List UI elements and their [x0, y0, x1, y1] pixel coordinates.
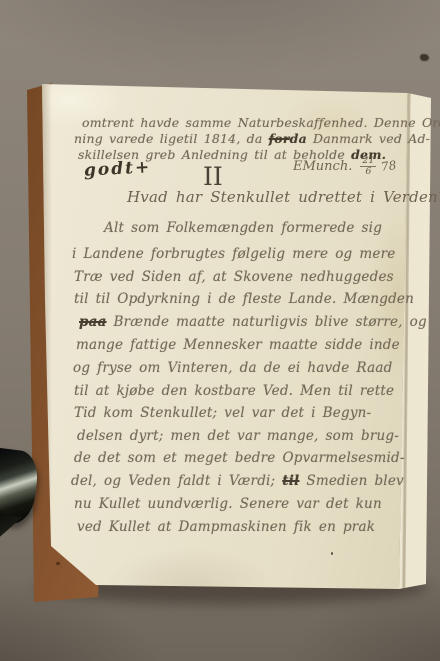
handwriting-text: Alt som Folkemængden formerede sig [104, 220, 382, 236]
handwriting-line: og fryse om Vinteren, da de ei havde Raa… [73, 360, 392, 376]
handwriting-text: Smedien blev [299, 473, 403, 489]
handwriting-text: nu Kullet uundværlig. Senere var det kun [74, 496, 382, 512]
date-year: 78 [381, 158, 398, 174]
handwriting-line: Tid kom Stenkullet; vel var det i Begyn- [74, 405, 371, 421]
grade-mark: godt+ [84, 157, 152, 180]
handwriting-line: Alt som Folkemængden formerede sig [104, 220, 382, 236]
signature-name: EMunch. [293, 159, 352, 174]
handwriting-line: Træ ved Siden af, at Skovene nedhuggedes [74, 269, 394, 285]
handwriting-text: Brænde maatte naturligvis blive større, … [107, 314, 427, 330]
crossed-out-word: for [269, 131, 290, 146]
handwriting-line: ning varede ligetil 1814, da forda Danma… [74, 131, 430, 146]
handwriting-line: nu Kullet uundværlig. Senere var det kun [74, 496, 382, 512]
handwriting-text: Træ ved Siden af, at Skovene nedhuggedes [74, 269, 394, 285]
handwriting-text: mange fattige Mennesker maatte sidde ind… [76, 337, 400, 353]
manuscript-photo: omtrent havde samme Naturbeskaffenhed. D… [0, 0, 440, 661]
handwriting-text: Tid kom Stenkullet; vel var det i Begyn- [74, 405, 371, 421]
handwriting-line: delsen dyrt; men det var mange, som brug… [77, 428, 399, 444]
handwriting-text: til at kjøbe den kostbare Ved. Men til r… [74, 383, 394, 399]
handwriting-text: ning varede ligetil 1814, da [74, 131, 269, 146]
handwriting-text: de det som et meget bedre Opvarmelsesmid… [74, 450, 405, 466]
handwriting-layer: omtrent havde samme Naturbeskaffenhed. D… [0, 0, 440, 661]
chapter-numeral: II [203, 162, 223, 191]
ink-speck [331, 552, 333, 555]
handwriting-text: ved Kullet at Dampmaskinen fik en prak [77, 519, 375, 535]
handwriting-line: ved Kullet at Dampmaskinen fik en prak [77, 519, 375, 535]
handwriting-text: i Landene forbrugtes følgelig mere og me… [72, 246, 395, 262]
handwriting-text: til til Opdyrkning i de fleste Lande. Mæ… [74, 291, 414, 307]
crossed-out-word: paa [79, 314, 107, 330]
handwriting-line: omtrent havde samme Naturbeskaffenhed. D… [82, 115, 440, 130]
handwriting-line: mange fattige Mennesker maatte sidde ind… [76, 337, 400, 353]
handwriting-line: de det som et meget bedre Opvarmelsesmid… [74, 450, 405, 466]
handwriting-text: del, og Veden faldt i Værdi; [71, 473, 282, 489]
crossed-out-word: til [282, 473, 299, 489]
handwriting-text: da [290, 131, 307, 146]
handwriting-line: del, og Veden faldt i Værdi; til Smedien… [71, 473, 404, 489]
handwriting-line: paa Brænde maatte naturligvis blive stør… [79, 314, 427, 330]
handwriting-text: og fryse om Vinteren, da de ei havde Raa… [73, 360, 392, 376]
date-denominator: 6 [360, 167, 376, 177]
handwriting-text: delsen dyrt; men det var mange, som brug… [77, 428, 399, 444]
handwriting-text: omtrent havde samme Naturbeskaffenhed. D… [82, 115, 440, 130]
signature: EMunch. 21 6 78 [293, 156, 397, 177]
handwriting-line: i Landene forbrugtes følgelig mere og me… [72, 246, 395, 262]
date-fraction: 21 6 [360, 156, 376, 177]
essay-title: Hvad har Stenkullet udrettet i Verden? [127, 188, 440, 206]
handwriting-line: til til Opdyrkning i de fleste Lande. Mæ… [74, 291, 414, 307]
handwriting-text: Danmark ved Ad- [307, 131, 430, 146]
handwriting-line: til at kjøbe den kostbare Ved. Men til r… [74, 383, 394, 399]
